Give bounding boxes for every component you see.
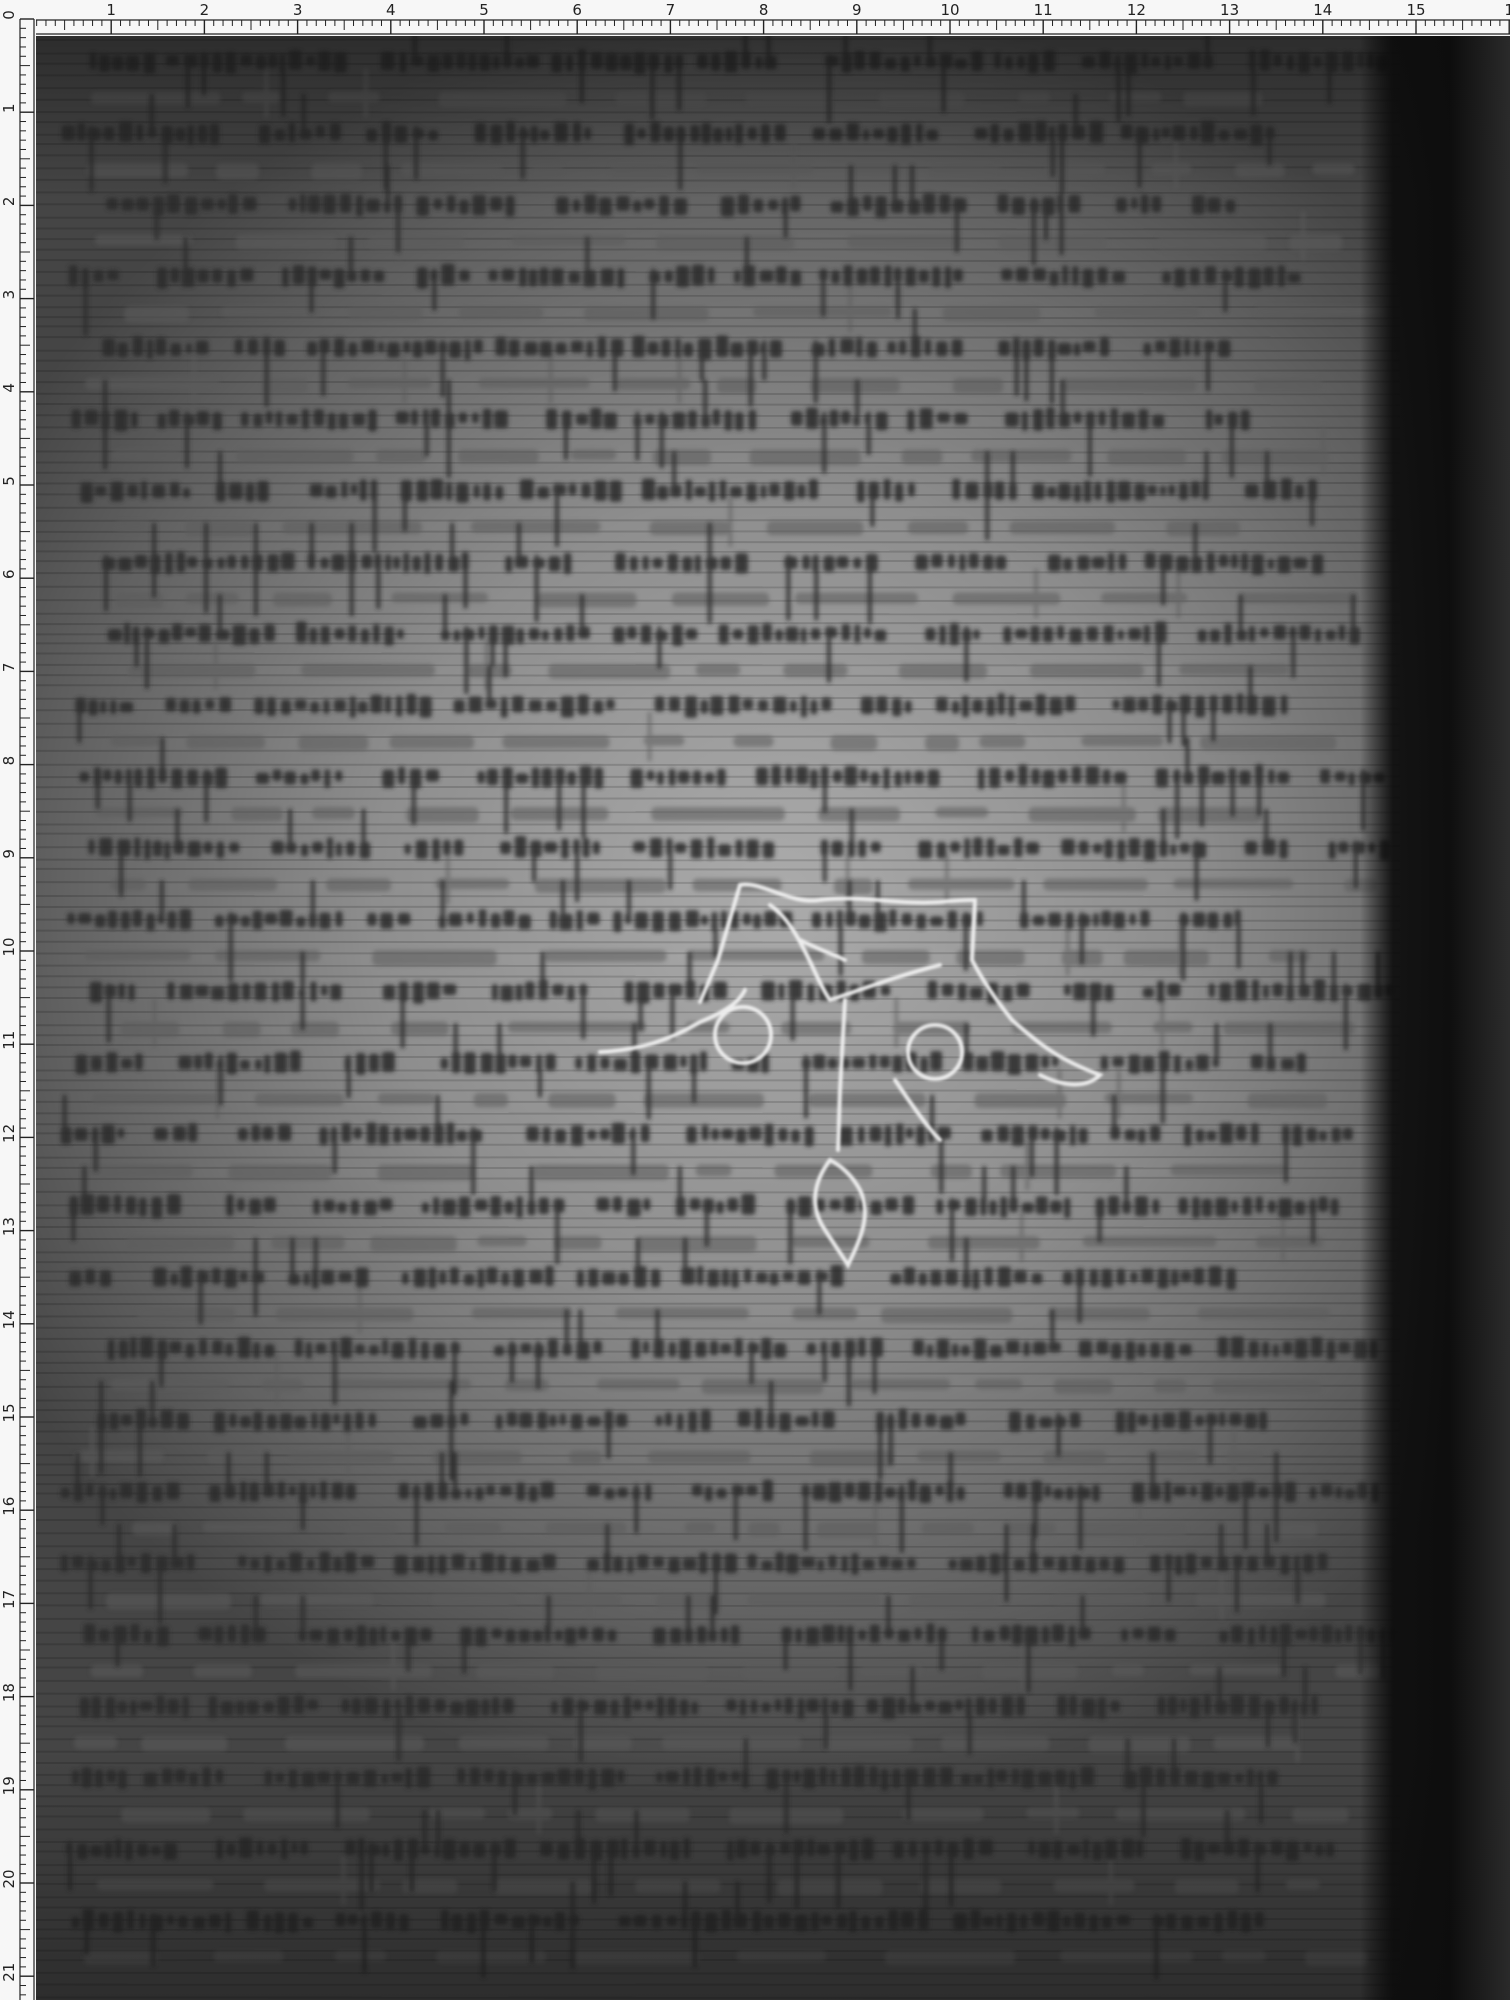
top-ruler: 01234567891011121314151 [0,0,1510,36]
ruler-label: 4 [386,1,396,19]
ruler-label: 18 [0,1683,18,1702]
ruler-label: 14 [1313,1,1332,19]
ruler-label: 4 [0,383,18,393]
ruler-label: 16 [0,1497,18,1516]
ruler-label: 10 [0,937,18,956]
ruler-label: 1 [1504,1,1510,19]
ruler-label: 20 [0,1869,18,1888]
ruler-label: 8 [759,1,769,19]
ruler-label: 15 [1406,1,1425,19]
ruler-label: 15 [0,1403,18,1422]
ruler-label: 9 [852,1,862,19]
ruler-label: 17 [0,1590,18,1609]
left-ruler: 0123456789101112131415161718192021 [0,0,36,2000]
ruler-label: 8 [0,756,18,766]
ruler-label: 1 [0,103,18,113]
ruler-label: 5 [479,1,489,19]
ruler-label: 11 [0,1031,18,1050]
ruler-label: 10 [940,1,959,19]
ruler-label: 12 [0,1124,18,1143]
manuscript-image [36,36,1510,2000]
ruler-label: 14 [0,1310,18,1329]
ruler-label: 3 [0,290,18,300]
ruler-label: 13 [1220,1,1239,19]
ruler-label: 1 [106,1,116,19]
ruler-label: 2 [0,197,18,207]
ruler-label: 13 [0,1217,18,1236]
left-ruler-ticks: 0123456789101112131415161718192021 [0,0,36,2000]
ruler-label: 9 [0,849,18,859]
ruler-label: 0 [0,10,18,20]
ruler-label: 7 [0,663,18,673]
ruler-label: 19 [0,1776,18,1795]
ruler-label: 2 [200,1,210,19]
ruler-label: 6 [0,569,18,579]
ruler-label: 11 [1034,1,1053,19]
ruler-label: 5 [0,476,18,486]
ruler-label: 3 [293,1,303,19]
ruler-label: 12 [1127,1,1146,19]
ruler-label: 6 [572,1,582,19]
top-ruler-ticks: 01234567891011121314151 [0,0,1510,36]
ruler-label: 21 [0,1963,18,1982]
ruler-label: 7 [666,1,676,19]
manuscript-scan [36,36,1510,2000]
